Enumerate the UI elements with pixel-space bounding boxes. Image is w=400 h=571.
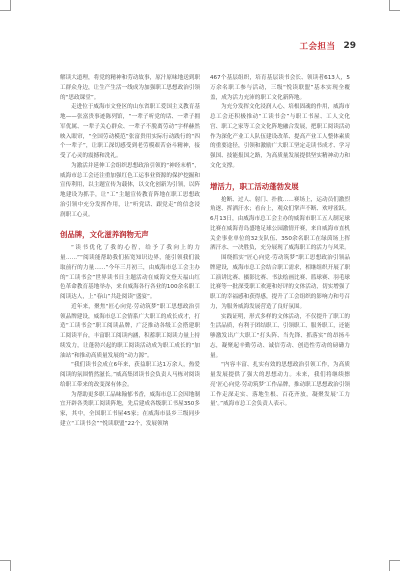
paragraph: “内容丰富、扎实有效的思想政治引领工作，为高质量发展提供了强大的思想动力。未来，… — [210, 361, 350, 410]
paragraph: 解读大道理，将党的精神和劳动故事，原汁原味地送到职工群众身边，让生产生活一线成为… — [60, 74, 200, 103]
crop-mark-bottom-right — [389, 560, 400, 571]
paragraph: 467个基层组织，培育基层读书会长、领读者613人，5万余名职工参与活动，三级“… — [210, 74, 350, 103]
paragraph: “我们读书会成立6年来，获益职工达1万余人，热爱阅读的氛围悄然滋长。”威高集团读… — [60, 361, 200, 390]
crop-mark-top-left — [0, 0, 11, 11]
paragraph: 围绕抓实“匠心向党·劳动筑梦”职工思想政治引领品牌建设，威海市总工会结合职工需求… — [210, 254, 350, 313]
left-column: 解读大道理，将党的精神和劳动故事，原汁原味地送到职工群众身边，让生产生活一线成为… — [60, 74, 200, 430]
crop-mark-bottom-left — [0, 560, 11, 571]
section-title: 工会担当 — [299, 40, 335, 52]
paragraph: 近年来，聚焦“匠心向党·劳动筑梦”职工思想政治引领品牌建设，威海市总工会情系广大… — [60, 303, 200, 362]
right-column: 467个基层组织，培育基层读书会长、领读者613人，5万余名职工参与活动，三级“… — [210, 74, 350, 430]
section-heading: 创品牌，文化滋养润物无声 — [60, 230, 200, 240]
paragraph: 为充分发挥文化浸润人心、培根固魂的作用，威海市总工会还积极推动“工读书会”与职工… — [210, 103, 350, 171]
paragraph: 为帮助更多职工品味翰郁书香，威海市总工会因地制宜开辟各类职工阅读阵地，先后建成各… — [60, 391, 200, 430]
paragraph: 实践证明，形式多样的文体活动，不仅提升了职工的生活品质，有利于团结职工、引领职工… — [210, 313, 350, 362]
paragraph: 走进位于威海市文登区的山东省职工爱国主义教育基地——张富贵事迹陈列馆，“一辈子听… — [60, 103, 200, 162]
running-head: 工会担当 29 — [299, 40, 356, 52]
paragraph: 抢断、过人、射门、扑救……赛场上，运动员们激烈角逐、挥洒汗水；看台上，观众们掌声… — [210, 196, 350, 255]
article-body: 解读大道理，将党的精神和劳动故事，原汁原味地送到职工群众身边，让生产生活一线成为… — [60, 74, 350, 430]
section-heading: 增活力，职工活动蓬勃发展 — [210, 182, 350, 192]
page-number: 29 — [343, 41, 356, 51]
paragraph: “读书优化了我的心智，给予了我向上的力量……”“阅读能帮助我们拓宽知识边界，能引… — [60, 244, 200, 303]
paragraph: 为激活并延伸工会组织思想政治引领的“神经末梢”，威海市总工会还注重加强红色工运事… — [60, 162, 200, 221]
crop-mark-top-right — [389, 0, 400, 11]
